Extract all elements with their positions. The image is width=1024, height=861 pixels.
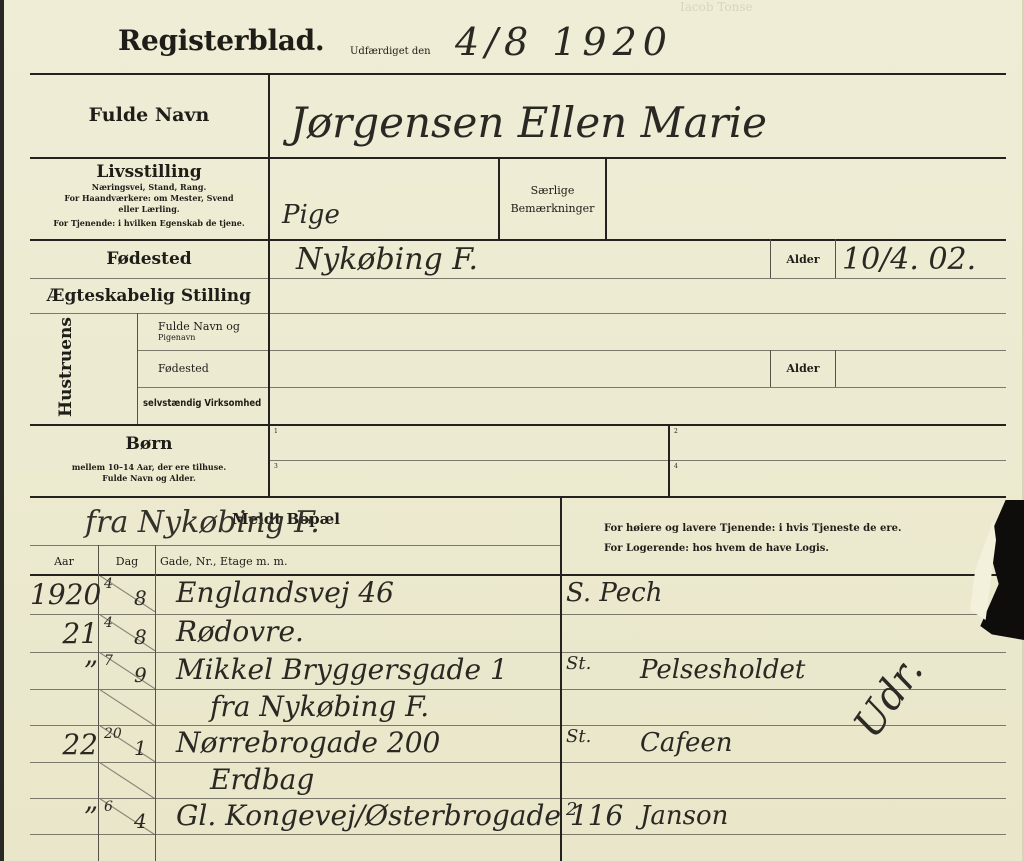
child-slot-number: 1: [274, 428, 278, 435]
residence-year[interactable]: ”: [30, 655, 98, 688]
wife-name-label-line: Fulde Navn og: [158, 320, 240, 333]
full-name-value[interactable]: Jørgensen Ellen Marie: [290, 98, 767, 147]
rule: [30, 689, 1006, 690]
rule: [605, 157, 607, 239]
rule: [30, 834, 1006, 835]
full-name-label: Fulde Navn: [30, 104, 268, 126]
faded-stamp: Iacob Tonse: [680, 0, 753, 14]
residence-street[interactable]: fra Nykøbing F.: [210, 690, 429, 723]
rule: [30, 424, 1006, 426]
residence-month[interactable]: 20: [104, 726, 122, 742]
rule: [30, 762, 1006, 763]
day-cell-diagonal: [100, 763, 155, 799]
wife-birthplace-field[interactable]: [272, 353, 768, 386]
wife-age-label: Alder: [771, 362, 835, 375]
residence-host[interactable]: Janson: [640, 801, 728, 831]
residence-month[interactable]: 7: [104, 653, 113, 669]
rule: [268, 73, 270, 496]
day-cell-diagonal: [100, 690, 155, 726]
child-slot-number: 3: [274, 463, 278, 470]
wife-group-label: Hustruens: [56, 312, 76, 422]
residence-host[interactable]: Cafeen: [640, 728, 733, 758]
children-help-line: mellem 10–14 Aar, der ere tilhuse.: [30, 462, 268, 473]
children-help-line: Fulde Navn og Alder.: [30, 473, 268, 484]
residence-month[interactable]: 4: [104, 576, 113, 592]
rule: [668, 424, 670, 496]
residence-floor[interactable]: 2: [566, 799, 577, 820]
issued-date: 4/8 1920: [455, 20, 673, 64]
marital-label: Ægteskabelig Stilling: [30, 286, 268, 306]
rule: [137, 313, 138, 424]
remarks-label-line: Bemærkninger: [500, 200, 605, 218]
service-help-line: For høiere og lavere Tjenende: i hvis Tj…: [604, 519, 901, 539]
service-help-line: For Logerende: hos hvem de have Logis.: [604, 539, 901, 559]
residence-year[interactable]: 1920: [30, 578, 98, 611]
child-slot-number: 4: [674, 463, 678, 470]
wife-name-label-line: Pigenavn: [158, 333, 240, 342]
rule: [30, 73, 1006, 75]
residence-day[interactable]: 9: [134, 663, 147, 687]
rule: [835, 239, 836, 278]
remarks-label: Særlige Bemærkninger: [500, 182, 605, 218]
marital-field[interactable]: [272, 281, 1004, 312]
children-help: mellem 10–14 Aar, der ere tilhuse. Fulde…: [30, 462, 268, 484]
sheet-title: Registerblad.: [118, 24, 324, 57]
occupation-help-line: Næringsvei, Stand, Rang.: [30, 182, 268, 193]
child-slot-number: 2: [674, 428, 678, 435]
residence-month[interactable]: 4: [104, 615, 113, 631]
wife-business-label: selvstændig Virksomhed: [143, 398, 261, 409]
col-street-header: Gade, Nr., Etage m. m.: [160, 555, 287, 568]
residence-year[interactable]: 22: [30, 728, 98, 761]
child-field-1[interactable]: [282, 427, 666, 459]
wife-age-field[interactable]: [838, 353, 1004, 386]
residence-day[interactable]: 8: [134, 586, 147, 610]
occupation-label: Livsstilling: [30, 162, 268, 182]
child-field-2[interactable]: [682, 427, 1004, 459]
residence-day[interactable]: 8: [134, 625, 147, 649]
residence-street[interactable]: Erdbag: [210, 763, 314, 796]
birthplace-value[interactable]: Nykøbing F.: [296, 242, 478, 277]
remarks-field[interactable]: [608, 160, 1004, 238]
age-value[interactable]: 10/4. 02.: [842, 242, 976, 277]
rule: [835, 350, 836, 387]
service-help: For høiere og lavere Tjenende: i hvis Tj…: [604, 519, 901, 559]
rule: [30, 545, 560, 546]
residence-street[interactable]: Englandsvej 46: [176, 576, 394, 609]
residence-street[interactable]: Gl. Kongevej/Østerbrogade 116: [176, 799, 623, 832]
rule: [155, 545, 156, 861]
register-sheet: Registerblad. Udfærdiget den 4/8 1920 Ia…: [0, 0, 1024, 861]
residence-floor[interactable]: St.: [566, 653, 591, 674]
residence-host[interactable]: S. Pech: [566, 578, 662, 608]
rule: [268, 460, 1006, 461]
residence-day[interactable]: 4: [134, 809, 147, 833]
residence-host[interactable]: Pelsesholdet: [640, 655, 805, 685]
issued-label: Udfærdiget den: [350, 46, 431, 57]
residence-street[interactable]: Nørrebrogade 200: [176, 726, 440, 759]
rule: [30, 239, 1006, 241]
residence-street[interactable]: Mikkel Bryggersgade 1: [176, 653, 508, 686]
children-label: Børn: [30, 434, 268, 454]
child-field-3[interactable]: [282, 462, 666, 494]
rule: [30, 278, 1006, 279]
wife-name-field[interactable]: [272, 316, 1004, 349]
rule: [30, 496, 1006, 498]
residence-from-note: fra Nykøbing F.: [85, 505, 320, 540]
age-label: Alder: [771, 253, 835, 266]
child-field-4[interactable]: [682, 462, 1004, 494]
wife-business-field[interactable]: [272, 390, 1004, 423]
residence-floor[interactable]: St.: [566, 726, 591, 747]
residence-year[interactable]: ”: [30, 801, 98, 834]
occupation-help-line: For Tjenende: i hvilken Egenskab de tjen…: [30, 218, 268, 229]
residence-year[interactable]: 21: [30, 617, 98, 650]
occupation-value[interactable]: Pige: [282, 200, 340, 230]
side-note: Udr.: [845, 649, 932, 746]
residence-month[interactable]: 6: [104, 799, 113, 815]
residence-street[interactable]: Rødovre.: [176, 615, 304, 648]
wife-name-label: Fulde Navn og Pigenavn: [158, 320, 240, 342]
occupation-help-line: eller Lærling.: [30, 204, 268, 215]
occupation-help-line: For Haandværkere: om Mester, Svend: [30, 193, 268, 204]
rule: [30, 313, 1006, 314]
birthplace-label: Fødested: [30, 249, 268, 269]
rule: [30, 157, 1006, 159]
remarks-label-line: Særlige: [500, 182, 605, 200]
wife-birthplace-label: Fødested: [158, 362, 209, 375]
col-year-header: Aar: [30, 555, 98, 568]
occupation-help: Næringsvei, Stand, Rang. For Haandværker…: [30, 182, 268, 229]
col-day-header: Dag: [99, 555, 155, 568]
residence-day[interactable]: 1: [134, 736, 147, 760]
